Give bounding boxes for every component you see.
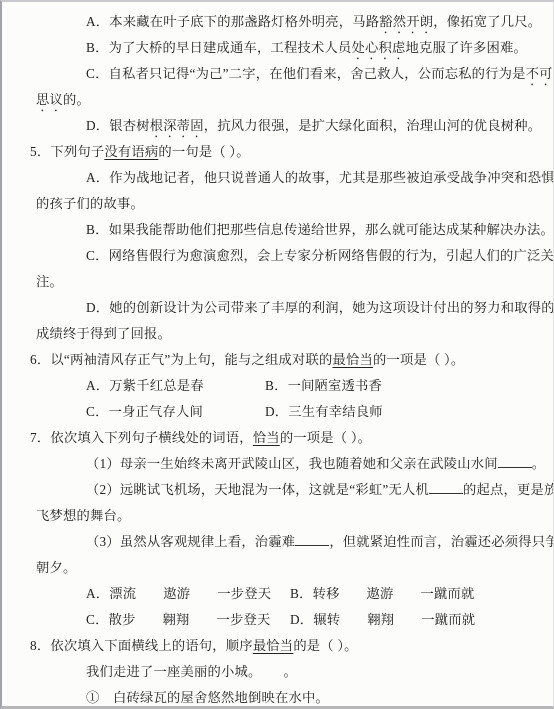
text-line: D．她的创新设计为公司带来了丰厚的利润，她为这项设计付出的努力和取得的 [2, 295, 553, 321]
option-text: A．漂流 遨游 一步登天 [86, 581, 290, 607]
text-segment: 成绩终于得到了回报。 [36, 326, 171, 341]
text-segment: 5．下列句子 [30, 144, 104, 159]
text-line: B．如果我能帮助他们把那些信息传递给世界，那么就可能达成某种解决办法。 [2, 217, 553, 243]
blank-underline [429, 479, 463, 494]
text-line: 我们走进了一座美丽的小城。。 [2, 659, 553, 685]
text-segment: B．如果我能帮助他们把那些信息传递给世界，那么就可能达成某种解决办法。 [86, 222, 554, 237]
text-segment: 8．依次填入下面横线上的语句，顺序 [30, 638, 253, 653]
underlined-text: 恰当 [253, 430, 280, 445]
text-line: C．网络售假行为愈演愈烈，会上专家分析网络售假的行为，引起人们的广泛关 [2, 243, 553, 269]
text-segment: ，像拓宽了几尺。 [433, 14, 541, 29]
text-line: （3）虽然从客观规律上看，治霾难，但就紧迫性而言，治霾还必须得只争 [2, 529, 553, 555]
text-line: D．银杏树根深蒂固，抗风力很强，是扩大绿化面积，治理山河的优良树种。 [2, 113, 553, 139]
emphasized-text: 豁然开朗 [379, 14, 433, 29]
text-segment: 7．依次填入下列句子横线处的词语， [30, 430, 253, 445]
text-line: C．自私者只记得“为己”二字，在他们看来，舍己救人，公而忘私的行为是不可 [2, 61, 553, 87]
text-segment: 的一句是（ ）。 [158, 144, 249, 159]
option-text: D．三生有幸结良师 [265, 399, 383, 425]
text-segment: A．本来藏在叶子底下的那盏路灯格外明亮，马路 [86, 14, 379, 29]
text-segment: ① 白砖绿瓦的屋舍悠然地倒映在水中。 [86, 690, 329, 705]
text-segment: D．银杏树 [86, 118, 150, 133]
emphasized-text: 根深蒂固 [150, 118, 204, 133]
text-segment: D．她的创新设计为公司带来了丰厚的利润，她为这项设计付出的努力和取得的 [86, 300, 554, 315]
text-segment: 我们走进了一座美丽的小城。 [86, 664, 261, 679]
text-segment: 的孩子们的故事。 [36, 196, 144, 211]
underlined-text: 没有语病 [104, 144, 158, 159]
text-segment: B．为了大桥的早日建成通车，工程技术人员 [86, 40, 352, 55]
text-segment: 的。 [63, 92, 90, 107]
text-line: 8．依次填入下面横线上的语句，顺序最恰当的是（ ）。 [2, 633, 553, 659]
emphasized-text: 思议 [36, 92, 63, 107]
option-text: C．一身正气存人间 [86, 399, 265, 425]
text-line: 注。 [2, 269, 553, 295]
option-text: D．辗转 翱翔 一蹴而就 [290, 607, 475, 633]
text-line: 6．以“两袖清风存正气”为上句，能与之组成对联的最恰当的一项是（ ）。 [2, 347, 553, 373]
text-segment: 飞梦想的舞台。 [36, 508, 130, 523]
text-line: A．作为战地记者，他只说普通人的故事，尤其是那些被迫承受战争冲突和恐惧 [2, 165, 553, 191]
text-segment: 的一项是（ ）。 [280, 430, 371, 445]
text-segment: ，但就紧迫性而言，治霾还必须得只争 [329, 534, 554, 549]
text-segment: （1）母亲一生始终未离开武陵山区，我也随着她和父亲在武陵山水间 [86, 456, 498, 471]
text-segment: C．网络售假行为愈演愈烈，会上专家分析网络售假的行为，引起人们的广泛关 [86, 248, 554, 263]
text-segment: （3）虽然从客观规律上看，治霾难 [86, 534, 295, 549]
text-segment: 的起点，更是放 [463, 482, 554, 497]
text-segment: C．自私者只记得“为己”二字，在他们看来，舍己救人，公而忘私的行为是 [86, 66, 526, 81]
text-line: （1）母亲一生始终未离开武陵山区，我也随着她和父亲在武陵山水间。 [2, 451, 553, 477]
text-segment: 的一项是（ ）。 [373, 352, 464, 367]
emphasized-text: 不可 [526, 66, 553, 81]
options-row: C．散步 翱翔 一步登天D．辗转 翱翔 一蹴而就 [2, 607, 553, 633]
text-segment: （2）远眺试飞机场，天地混为一体，这就是“彩虹”无人机 [86, 482, 429, 497]
options-row: A．万紫千红总是春B．一间陋室透书香 [2, 373, 553, 399]
text-line: 5．下列句子没有语病的一句是（ ）。 [2, 139, 553, 165]
text-line: A．本来藏在叶子底下的那盏路灯格外明亮，马路豁然开朗，像拓宽了几尺。 [2, 9, 553, 35]
document-page: A．本来藏在叶子底下的那盏路灯格外明亮，马路豁然开朗，像拓宽了几尺。B．为了大桥… [0, 0, 554, 709]
text-line: ① 白砖绿瓦的屋舍悠然地倒映在水中。 [2, 685, 553, 709]
option-text: B．一间陋室透书香 [265, 373, 382, 399]
text-segment: 。 [532, 456, 546, 471]
underlined-text: 最恰当 [333, 352, 374, 367]
options-row: A．漂流 遨游 一步登天B．转移 遨游 一蹴而就 [2, 581, 553, 607]
text-segment: 6．以“两袖清风存正气”为上句，能与之组成对联的 [30, 352, 333, 367]
text-line: （2）远眺试飞机场，天地混为一体，这就是“彩虹”无人机的起点，更是放 [2, 477, 553, 503]
text-line: 朝夕。 [2, 555, 553, 581]
text-line: 7．依次填入下列句子横线处的词语，恰当的一项是（ ）。 [2, 425, 553, 451]
text-line: 思议的。 [2, 87, 553, 113]
text-line: 的孩子们的故事。 [2, 191, 553, 217]
option-text: A．万紫千红总是春 [86, 373, 265, 399]
option-text: C．散步 翱翔 一步登天 [86, 607, 290, 633]
blank-underline [295, 531, 329, 546]
text-segment: 。 [283, 664, 297, 679]
text-line: B．为了大桥的早日建成通车，工程技术人员处心积虑地克服了许多困难。 [2, 35, 553, 61]
text-line: 飞梦想的舞台。 [2, 503, 553, 529]
emphasized-text: 处心积虑 [352, 40, 406, 55]
option-text: B．转移 遨游 一蹴而就 [290, 581, 475, 607]
text-segment: A．作为战地记者，他只说普通人的故事，尤其是那些被迫承受战争冲突和恐惧 [86, 170, 554, 185]
text-segment: 朝夕。 [36, 560, 77, 575]
text-segment: 的是（ ）。 [293, 638, 357, 653]
blank-underline [498, 453, 532, 468]
text-segment: 注。 [36, 274, 63, 289]
text-segment: ，抗风力很强，是扩大绿化面积，治理山河的优良树种。 [204, 118, 541, 133]
underlined-text: 最恰当 [253, 638, 294, 653]
options-row: C．一身正气存人间D．三生有幸结良师 [2, 399, 553, 425]
text-segment: 地克服了许多困难。 [406, 40, 527, 55]
text-line: 成绩终于得到了回报。 [2, 321, 553, 347]
